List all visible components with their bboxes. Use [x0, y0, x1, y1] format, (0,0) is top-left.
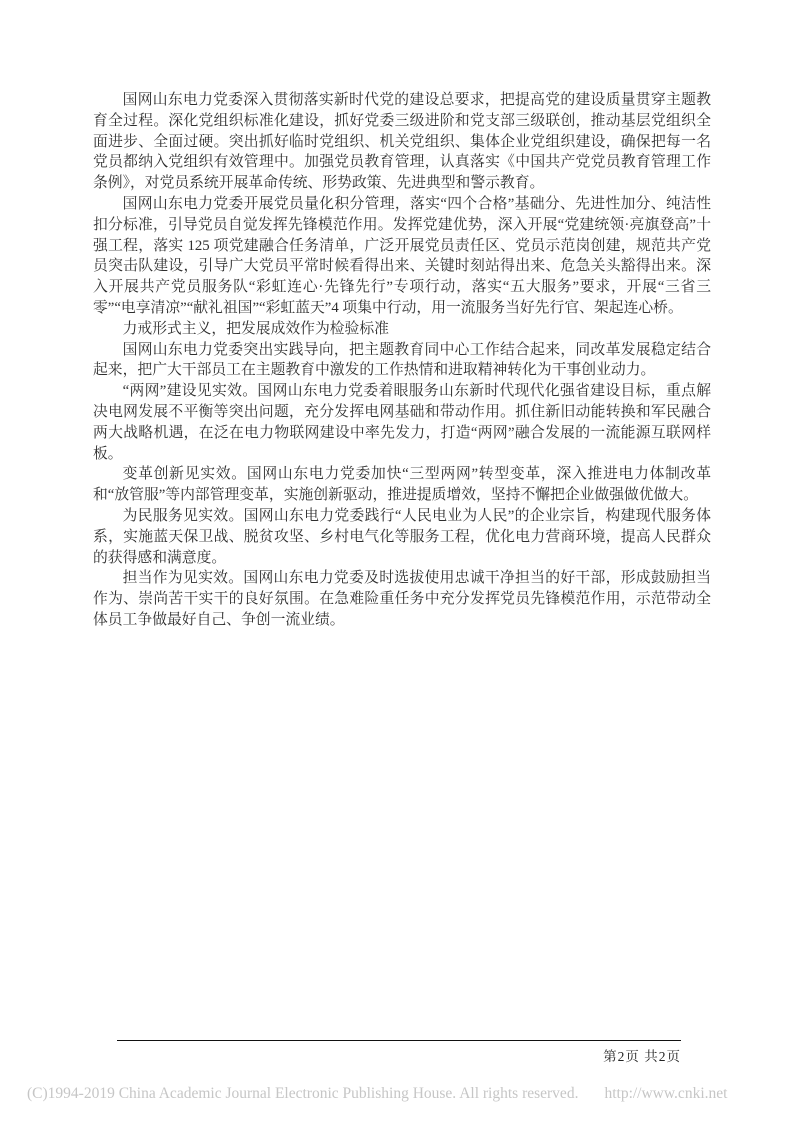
paragraph: 变革创新见实效。国网山东电力党委加快“三型两网”转型变革，深入推进电力体制改革和… — [93, 464, 711, 506]
copyright-url: http://www.cnki.net — [604, 1085, 727, 1102]
article-body: 国网山东电力党委深入贯彻落实新时代党的建设总要求，把提高党的建设质量贯穿主题教育… — [93, 90, 711, 631]
paragraph: 国网山东电力党委深入贯彻落实新时代党的建设总要求，把提高党的建设质量贯穿主题教育… — [93, 90, 711, 194]
document-page: 国网山东电力党委深入贯彻落实新时代党的建设总要求，把提高党的建设质量贯穿主题教育… — [0, 0, 793, 1122]
paragraph: 为民服务见实效。国网山东电力党委践行“人民电业为人民”的企业宗旨，构建现代服务体… — [93, 506, 711, 568]
footer-divider — [117, 1040, 681, 1041]
section-heading: 力戒形式主义，把发展成效作为检验标准 — [93, 319, 711, 340]
page-number-indicator: 第2页 共2页 — [117, 1045, 681, 1065]
paragraph: 国网山东电力党委突出实践导向，把主题教育同中心工作结合起来，同改革发展稳定结合起… — [93, 340, 711, 382]
copyright-bar: (C)1994-2019 China Academic Journal Elec… — [27, 1085, 727, 1103]
paragraph: 担当作为见实效。国网山东电力党委及时选拔使用忠诚干净担当的好干部，形成鼓励担当作… — [93, 568, 711, 630]
paragraph: 国网山东电力党委开展党员量化积分管理，落实“四个合格”基础分、先进性加分、纯洁性… — [93, 194, 711, 319]
copyright-text: (C)1994-2019 China Academic Journal Elec… — [27, 1085, 578, 1102]
paragraph: “两网”建设见实效。国网山东电力党委着眼服务山东新时代现代化强省建设目标，重点解… — [93, 381, 711, 464]
